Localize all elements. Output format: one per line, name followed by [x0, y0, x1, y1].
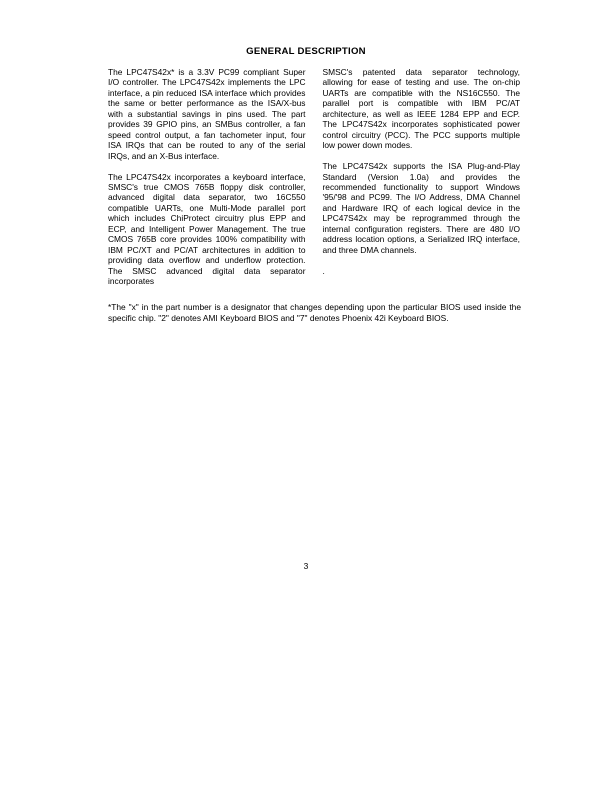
document-page: GENERAL DESCRIPTION The LPC47S42x* is a …: [0, 0, 612, 792]
right-paragraph-2: The LPC47S42x supports the ISA Plug-and-…: [323, 161, 521, 255]
right-paragraph-1: SMSC's patented data separator technolog…: [323, 67, 521, 151]
left-paragraph-2: The LPC47S42x incorporates a keyboard in…: [108, 172, 306, 287]
left-paragraph-1: The LPC47S42x* is a 3.3V PC99 compliant …: [108, 67, 306, 161]
footnote: *The "x" in the part number is a designa…: [108, 302, 521, 324]
two-column-text: The LPC47S42x* is a 3.3V PC99 compliant …: [108, 67, 520, 287]
right-column: SMSC's patented data separator technolog…: [323, 67, 521, 287]
left-column: The LPC47S42x* is a 3.3V PC99 compliant …: [108, 67, 306, 287]
page-number: 3: [0, 561, 612, 571]
page-title: GENERAL DESCRIPTION: [0, 46, 612, 57]
stray-period: .: [323, 266, 521, 276]
